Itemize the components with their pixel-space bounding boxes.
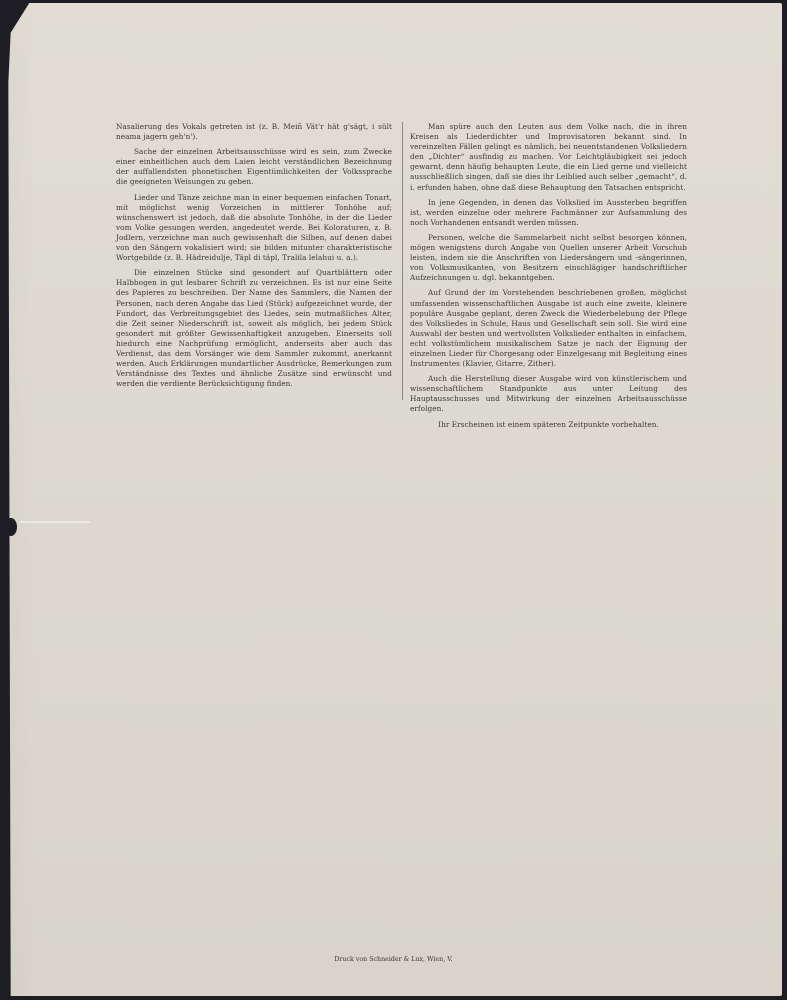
paragraph: Auch die Herstellung dieser Ausgabe wird… [410,374,687,414]
printer-imprint: Druck von Schneider & Lux, Wien, V. [0,956,787,963]
paragraph: Personen, welche die Sammelarbeit nicht … [410,233,687,283]
paragraph: Ihr Erscheinen ist einem späteren Zeitpu… [410,420,687,430]
column-divider [402,122,403,400]
paper-crease [20,521,90,523]
paper-tear [5,518,17,536]
paragraph: Sache der einzelnen Arbeitsausschüsse wi… [116,147,392,187]
right-text-column: Man spüre auch den Leuten aus dem Volke … [410,122,687,435]
paragraph: Lieder und Tänze zeichne man in einer be… [116,193,392,264]
left-text-column: Nasalierung des Vokals getreten ist (z. … [116,122,392,394]
paragraph: Nasalierung des Vokals getreten ist (z. … [116,122,392,142]
paragraph: In jene Gegenden, in denen das Volkslied… [410,198,687,228]
paragraph: Auf Grund der im Vorstehenden beschriebe… [410,288,687,369]
paragraph: Man spüre auch den Leuten aus dem Volke … [410,122,687,193]
scanned-page: Nasalierung des Vokals getreten ist (z. … [0,0,787,1000]
paragraph: Die einzelnen Stücke sind gesondert auf … [116,268,392,389]
